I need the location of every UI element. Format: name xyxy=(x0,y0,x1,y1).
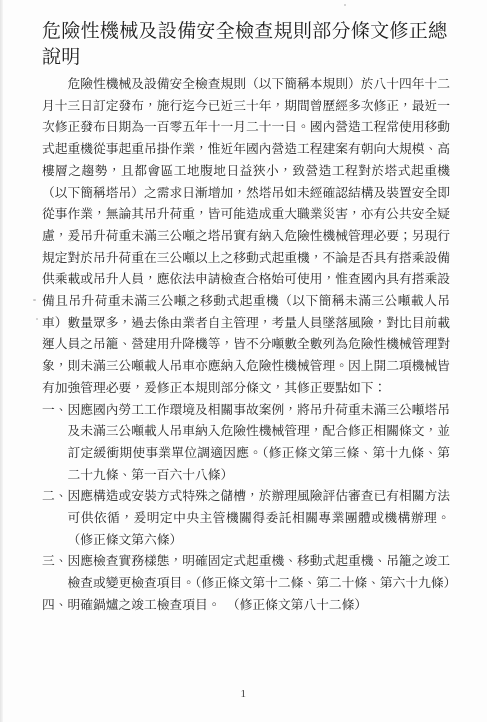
item-text: 因應國內勞工工作環境及相關事故案例，將吊升荷重未滿三公噸塔吊及未滿三公噸載人吊車… xyxy=(68,403,451,482)
scan-speck xyxy=(36,318,38,320)
item-text: 因應檢查實務樣態，明確固定式起重機、移動式起重機、吊籠之竣工檢查或變更檢查項目。… xyxy=(68,554,457,590)
item-number-marker: 三、 xyxy=(42,554,68,568)
document-title: 危險性機械及設備安全檢查規則部分條文修正總說明 xyxy=(42,19,450,70)
scan-edge-artifact xyxy=(0,0,3,722)
item-number-marker: 二、 xyxy=(42,489,68,503)
scanned-document-page: 危險性機械及設備安全檢查規則部分條文修正總說明 危險性機械及設備安全檢查規則（以… xyxy=(0,0,487,722)
document-body: 危險性機械及設備安全檢查規則（以下簡稱本規則）於八十四年十二月十三日訂定發布，施… xyxy=(42,74,450,617)
item-number-marker: 四、 xyxy=(42,598,68,612)
amendment-point-item: 一、因應國內勞工工作環境及相關事故案例，將吊升荷重未滿三公噸塔吊及未滿三公噸載人… xyxy=(42,400,450,487)
intro-paragraph: 危險性機械及設備安全檢查規則（以下簡稱本規則）於八十四年十二月十三日訂定發布，施… xyxy=(42,74,450,400)
scan-speck xyxy=(344,4,346,6)
item-number-marker: 一、 xyxy=(42,403,68,417)
amendment-point-item: 四、明確鍋爐之竣工檢查項目。 （修正條文第八十二條） xyxy=(42,595,450,617)
amendment-point-item: 二、因應構造或安裝方式特殊之儲槽，於辦理風險評估審查已有相關方法可供依循，爰明定… xyxy=(42,486,450,551)
amendment-points-list: 一、因應國內勞工工作環境及相關事故案例，將吊升荷重未滿三公噸塔吊及未滿三公噸載人… xyxy=(42,400,450,617)
page-number: 1 xyxy=(0,688,487,700)
amendment-point-item: 三、因應檢查實務樣態，明確固定式起重機、移動式起重機、吊籠之竣工檢查或變更檢查項… xyxy=(42,551,450,594)
item-text: 明確鍋爐之竣工檢查項目。 （修正條文第八十二條） xyxy=(68,598,368,612)
scan-speck xyxy=(33,299,36,301)
item-text: 因應構造或安裝方式特殊之儲槽，於辦理風險評估審查已有相關方法可供依循，爰明定中央… xyxy=(68,489,451,546)
